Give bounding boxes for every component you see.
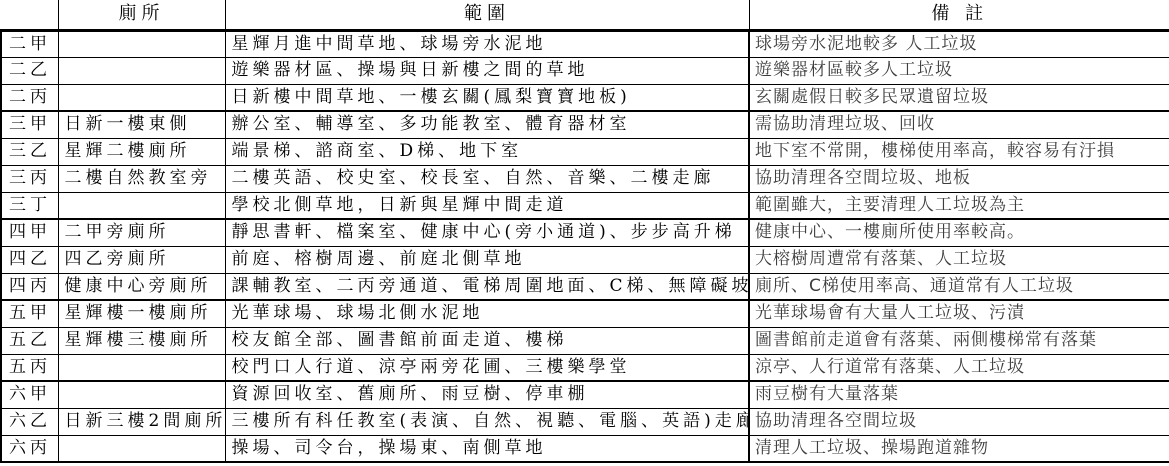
cell-remark: 圖書館前走道會有落葉、兩側樓梯常有落葉 (749, 327, 1169, 354)
cell-range: 前庭、榕樹周邊、前庭北側草地 (225, 246, 749, 273)
cell-remark: 雨豆樹有大量落葉 (749, 381, 1169, 408)
table-row: 五乙星輝樓三樓廁所校友館全部、圖書館前面走道、樓梯圖書館前走道會有落葉、兩側樓梯… (1, 327, 1169, 354)
table-row: 五丙校門口人行道、涼亭兩旁花圃、三樓樂學堂涼亭、人行道常有落葉、人工垃圾 (1, 354, 1169, 381)
cell-range: 操場、司令台，操場東、南側草地 (225, 435, 749, 462)
cell-range: 端景梯、諮商室、D梯、地下室 (225, 138, 749, 165)
cell-range: 星輝月進中間草地、球場旁水泥地 (225, 30, 749, 57)
cell-range: 辦公室、輔導室、多功能教室、體育器材室 (225, 111, 749, 138)
cell-range: 靜思書軒、檔案室、健康中心(旁小通道)、步步高升梯 (225, 219, 749, 246)
cell-class: 三甲 (1, 111, 58, 138)
cell-remark: 範圍雖大，主要清理人工垃圾為主 (749, 192, 1169, 219)
table-row: 三甲日新一樓東側辦公室、輔導室、多功能教室、體育器材室需協助清理垃圾、回收 (1, 111, 1169, 138)
cell-range: 三樓所有科任教室(表演、自然、視聽、電腦、英語)走廊 (225, 408, 749, 435)
cell-range: 二樓英語、校史室、校長室、自然、音樂、二樓走廊 (225, 165, 749, 192)
cell-range: 課輔教室、二丙旁通道、電梯周圍地面、C梯、無障礙坡道 (225, 273, 749, 300)
cell-toilet: 二樓自然教室旁 (58, 165, 225, 192)
cell-remark: 光華球場會有大量人工垃圾、污漬 (749, 300, 1169, 327)
cell-toilet: 星輝二樓廁所 (58, 138, 225, 165)
cell-class: 六甲 (1, 381, 58, 408)
cell-toilet (58, 30, 225, 57)
cell-class: 五甲 (1, 300, 58, 327)
cell-toilet (58, 435, 225, 462)
cell-toilet: 健康中心旁廁所 (58, 273, 225, 300)
cell-class: 四甲 (1, 219, 58, 246)
cell-remark: 地下室不常開，樓梯使用率高，較容易有汙損 (749, 138, 1169, 165)
cell-class: 二甲 (1, 30, 58, 57)
table-row: 四甲二甲旁廁所靜思書軒、檔案室、健康中心(旁小通道)、步步高升梯健康中心、一樓廁… (1, 219, 1169, 246)
cell-toilet (58, 354, 225, 381)
cell-toilet: 四乙旁廁所 (58, 246, 225, 273)
cell-range: 光華球場、球場北側水泥地 (225, 300, 749, 327)
table-row: 四丙健康中心旁廁所課輔教室、二丙旁通道、電梯周圍地面、C梯、無障礙坡道廁所、C梯… (1, 273, 1169, 300)
cell-remark: 球場旁水泥地較多 人工垃圾 (749, 30, 1169, 57)
header-cell-remark: 備 註 (749, 0, 1169, 30)
cell-range: 學校北側草地，日新與星輝中間走道 (225, 192, 749, 219)
cell-toilet (58, 381, 225, 408)
cell-toilet (58, 57, 225, 84)
cell-remark: 遊樂器材區較多人工垃圾 (749, 57, 1169, 84)
table-row: 六甲資源回收室、舊廁所、雨豆樹、停車棚雨豆樹有大量落葉 (1, 381, 1169, 408)
header-cell-range: 範圍 (225, 0, 749, 30)
cell-toilet: 星輝樓一樓廁所 (58, 300, 225, 327)
table-row: 六丙操場、司令台，操場東、南側草地清理人工垃圾、操場跑道雜物 (1, 435, 1169, 462)
cell-class: 三乙 (1, 138, 58, 165)
table-row: 三丁學校北側草地，日新與星輝中間走道範圍雖大，主要清理人工垃圾為主 (1, 192, 1169, 219)
table-row: 二丙日新樓中間草地、一樓玄關(鳳梨寶寶地板)玄關處假日較多民眾遺留垃圾 (1, 84, 1169, 111)
cell-range: 遊樂器材區、操場與日新樓之間的草地 (225, 57, 749, 84)
table-row: 二乙遊樂器材區、操場與日新樓之間的草地遊樂器材區較多人工垃圾 (1, 57, 1169, 84)
cell-range: 校門口人行道、涼亭兩旁花圃、三樓樂學堂 (225, 354, 749, 381)
cell-remark: 大榕樹周遭常有落葉、人工垃圾 (749, 246, 1169, 273)
cell-class: 六乙 (1, 408, 58, 435)
cell-class: 三丁 (1, 192, 58, 219)
cell-range: 日新樓中間草地、一樓玄關(鳳梨寶寶地板) (225, 84, 749, 111)
cell-remark: 涼亭、人行道常有落葉、人工垃圾 (749, 354, 1169, 381)
page: 廁所 範圍 備 註 二甲星輝月進中間草地、球場旁水泥地球場旁水泥地較多 人工垃圾… (0, 0, 1169, 466)
cell-remark: 玄關處假日較多民眾遺留垃圾 (749, 84, 1169, 111)
duty-table: 廁所 範圍 備 註 二甲星輝月進中間草地、球場旁水泥地球場旁水泥地較多 人工垃圾… (0, 0, 1169, 463)
cell-toilet (58, 84, 225, 111)
cell-range: 資源回收室、舊廁所、雨豆樹、停車棚 (225, 381, 749, 408)
cell-toilet: 星輝樓三樓廁所 (58, 327, 225, 354)
cell-remark: 廁所、C梯使用率高、通道常有人工垃圾 (749, 273, 1169, 300)
table-row: 五甲星輝樓一樓廁所光華球場、球場北側水泥地光華球場會有大量人工垃圾、污漬 (1, 300, 1169, 327)
table-row: 三丙二樓自然教室旁二樓英語、校史室、校長室、自然、音樂、二樓走廊協助清理各空間垃… (1, 165, 1169, 192)
cell-toilet: 二甲旁廁所 (58, 219, 225, 246)
header-cell-class (1, 0, 58, 30)
table-row: 三乙星輝二樓廁所端景梯、諮商室、D梯、地下室地下室不常開，樓梯使用率高，較容易有… (1, 138, 1169, 165)
table-row: 四乙四乙旁廁所前庭、榕樹周邊、前庭北側草地大榕樹周遭常有落葉、人工垃圾 (1, 246, 1169, 273)
cell-class: 四丙 (1, 273, 58, 300)
cell-class: 六丙 (1, 435, 58, 462)
table-row: 六乙日新三樓2間廁所三樓所有科任教室(表演、自然、視聽、電腦、英語)走廊協助清理… (1, 408, 1169, 435)
cell-remark: 清理人工垃圾、操場跑道雜物 (749, 435, 1169, 462)
cell-remark: 健康中心、一樓廁所使用率較高。 (749, 219, 1169, 246)
cell-range: 校友館全部、圖書館前面走道、樓梯 (225, 327, 749, 354)
cell-toilet: 日新一樓東側 (58, 111, 225, 138)
cell-class: 三丙 (1, 165, 58, 192)
cell-class: 二丙 (1, 84, 58, 111)
header-row: 廁所 範圍 備 註 (1, 0, 1169, 30)
cell-remark: 需協助清理垃圾、回收 (749, 111, 1169, 138)
cell-class: 四乙 (1, 246, 58, 273)
cell-toilet (58, 192, 225, 219)
cell-class: 五丙 (1, 354, 58, 381)
cell-toilet: 日新三樓2間廁所 (58, 408, 225, 435)
table-row: 二甲星輝月進中間草地、球場旁水泥地球場旁水泥地較多 人工垃圾 (1, 30, 1169, 57)
cell-class: 五乙 (1, 327, 58, 354)
cell-remark: 協助清理各空間垃圾 (749, 408, 1169, 435)
cell-class: 二乙 (1, 57, 58, 84)
header-cell-toilet: 廁所 (58, 0, 225, 30)
cell-remark: 協助清理各空間垃圾、地板 (749, 165, 1169, 192)
